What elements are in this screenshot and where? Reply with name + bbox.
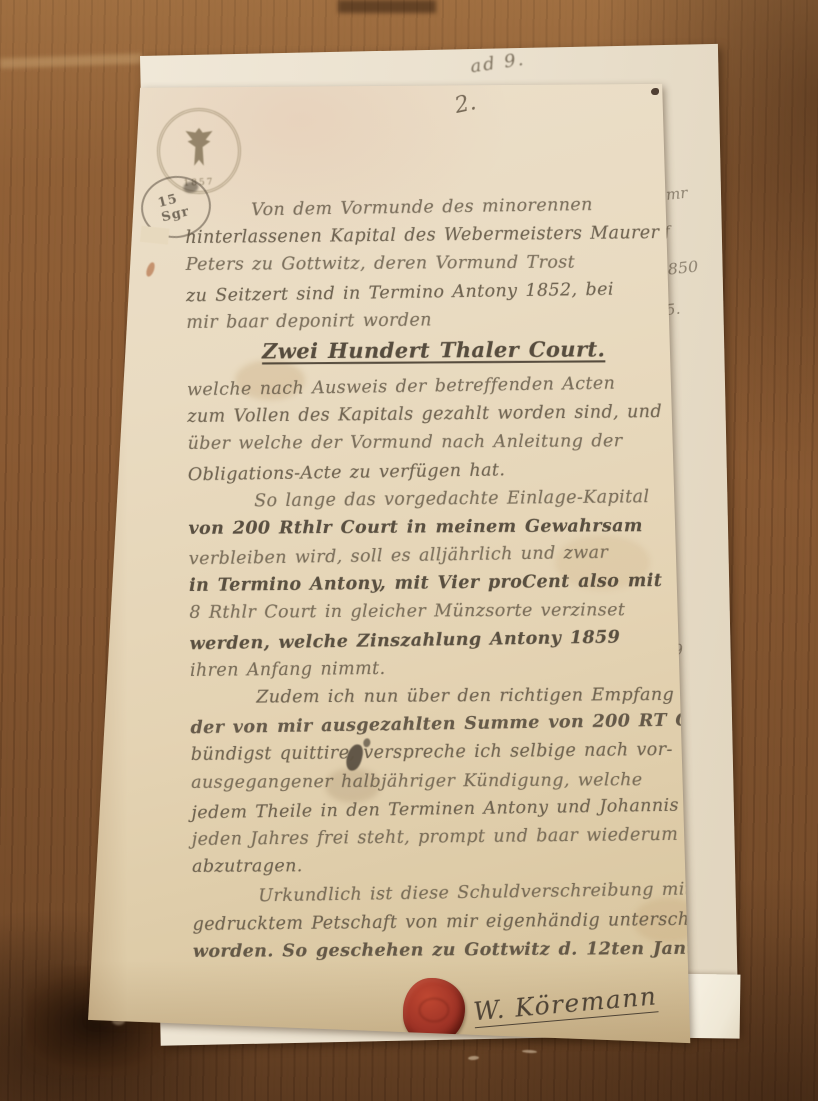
signature: W. Köremann: [472, 975, 734, 1027]
red-fleck: [145, 261, 157, 277]
document-body: Von dem Vormunde des minorennenhinterlas…: [185, 191, 687, 967]
front-sheet: 1857 15 Sgr 2. Von dem Vormunde des mino…: [85, 80, 697, 1048]
handwritten-line: ihren Anfang nimmt.: [190, 652, 684, 685]
handwritten-line: worden. So geschehen zu Gottwitz d. 12te…: [193, 935, 687, 966]
amount-heading: Zwei Hundert Thaler Court.: [187, 333, 681, 374]
wax-seal: [403, 978, 465, 1044]
handwritten-line: zum Vollen des Kapitals gezahlt worden s…: [187, 398, 681, 431]
handwritten-line: So lange das vorgedachte Einlage-Kapital: [188, 482, 682, 515]
corner-ink-dot: [651, 88, 659, 95]
handwritten-line: jeden Jahres frei steht, prompt und baar…: [192, 821, 686, 854]
page-number-annotation: 2.: [453, 90, 479, 119]
handwritten-line: mir baar deponirt worden: [186, 304, 680, 337]
wood-table: ad 9. mruf185045.re9 1857 15 Sgr 2. Von …: [0, 0, 818, 1101]
handwritten-line: gedrucktem Petschaft von mir eigenhändig…: [192, 905, 686, 938]
eagle-emblem-icon: [184, 128, 214, 168]
front-sheet-wrap: 1857 15 Sgr 2. Von dem Vormunde des mino…: [0, 0, 818, 1101]
handwritten-line: bündigst quittire, verspreche ich selbig…: [191, 736, 685, 769]
